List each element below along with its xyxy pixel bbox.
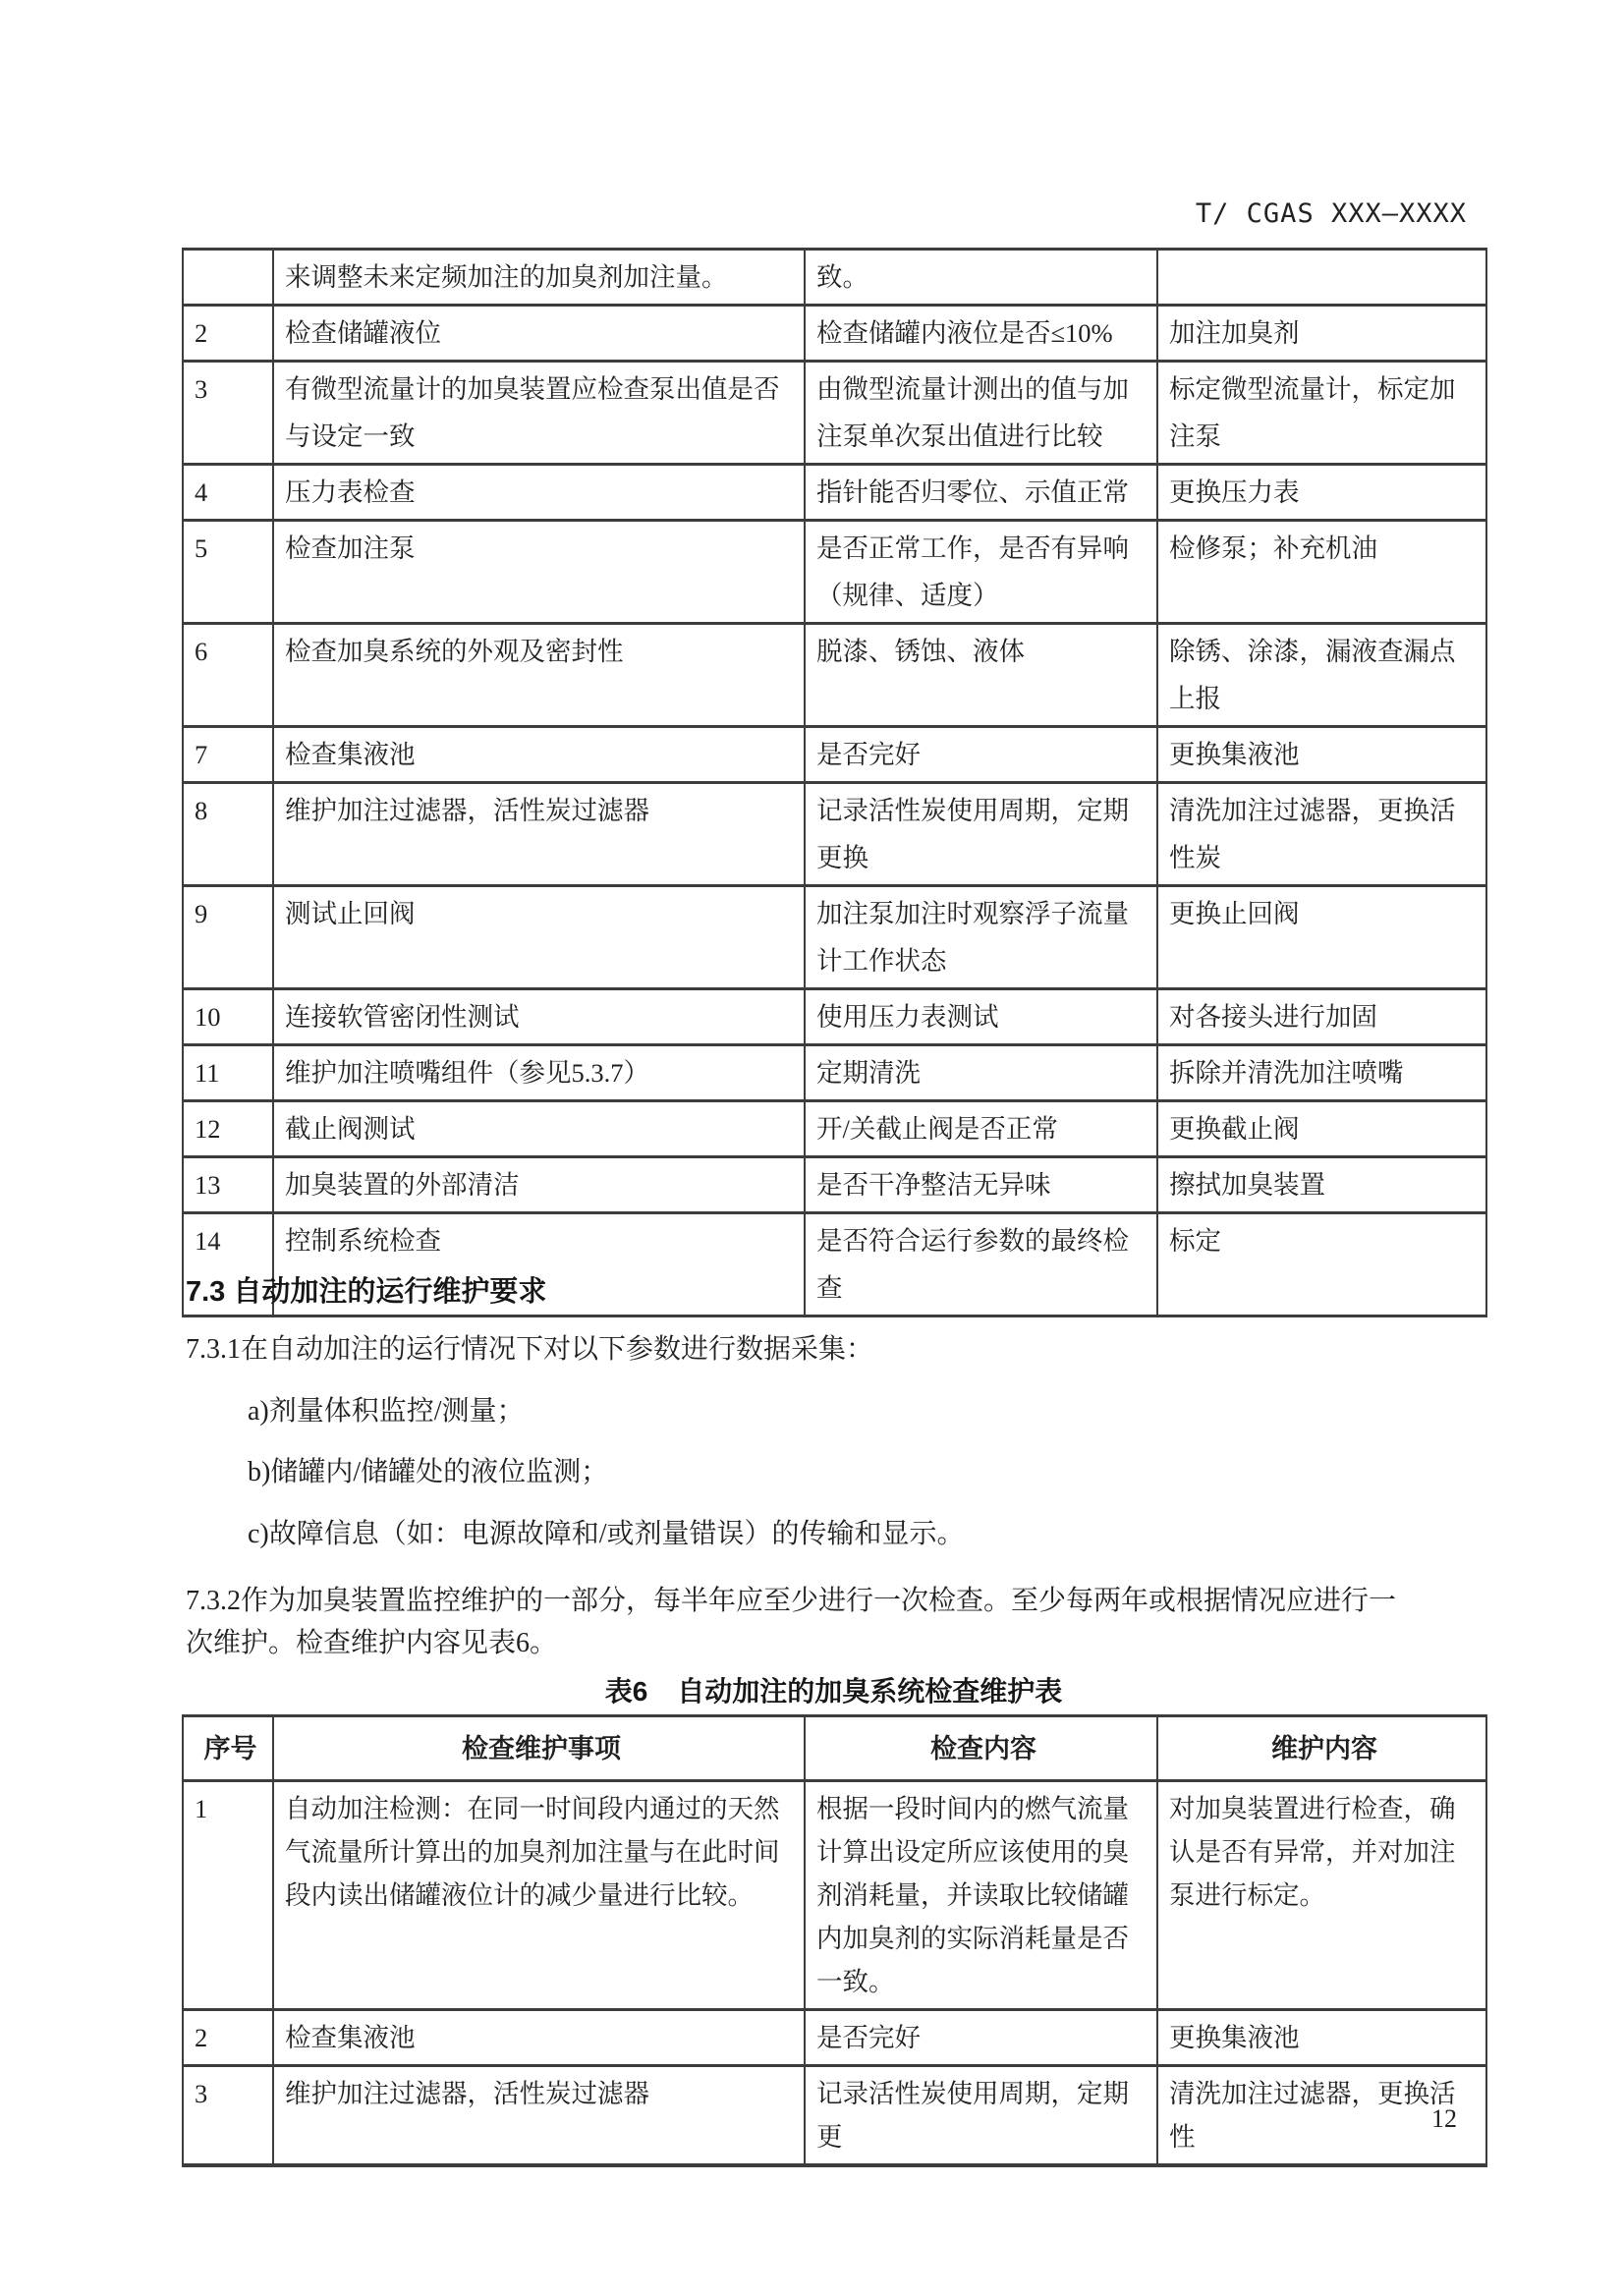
list-item-b: b)储罐内/储罐处的液位监测； bbox=[248, 1454, 608, 1491]
cell-item: 截止阀测试 bbox=[273, 1101, 805, 1157]
cell-item: 检查集液池 bbox=[273, 2010, 805, 2066]
page-number: 12 bbox=[1413, 2104, 1476, 2134]
cell-no: 13 bbox=[183, 1157, 273, 1213]
header-item: 检查维护事项 bbox=[273, 1716, 805, 1781]
cell-no: 10 bbox=[183, 989, 273, 1045]
cell-maintain: 检修泵；补充机油 bbox=[1157, 521, 1486, 624]
cell-maintain bbox=[1157, 250, 1486, 306]
cell-item: 压力表检查 bbox=[273, 465, 805, 521]
cell-check: 是否正常工作，是否有异响（规律、适度） bbox=[805, 521, 1157, 624]
table-row: 10 连接软管密闭性测试 使用压力表测试 对各接头进行加固 bbox=[183, 989, 1486, 1045]
cell-maintain: 对各接头进行加固 bbox=[1157, 989, 1486, 1045]
table-row: 6 检查加臭系统的外观及密封性 脱漆、锈蚀、液体 除锈、涂漆，漏液查漏点上报 bbox=[183, 624, 1486, 727]
table-row: 8 维护加注过滤器，活性炭过滤器 记录活性炭使用周期，定期更换 清洗加注过滤器，… bbox=[183, 783, 1486, 886]
section-heading: 7.3 自动加注的运行维护要求 bbox=[186, 1269, 546, 1310]
header-maintain: 维护内容 bbox=[1157, 1716, 1486, 1781]
cell-no: 5 bbox=[183, 521, 273, 624]
cell-check: 加注泵加注时观察浮子流量计工作状态 bbox=[805, 886, 1157, 989]
header-no: 序号 bbox=[183, 1716, 273, 1781]
cell-item: 维护加注过滤器，活性炭过滤器 bbox=[273, 2066, 805, 2166]
cell-maintain: 加注加臭剂 bbox=[1157, 306, 1486, 362]
cell-maintain: 擦拭加臭装置 bbox=[1157, 1157, 1486, 1213]
table-row: 13 加臭装置的外部清洁 是否干净整洁无异味 擦拭加臭装置 bbox=[183, 1157, 1486, 1213]
maintenance-table: 来调整未来定频加注的加臭剂加注量。 致。 2 检查储罐液位 检查储罐内液位是否≤… bbox=[182, 248, 1487, 1317]
cell-item: 检查集液池 bbox=[273, 727, 805, 783]
table-row: 4 压力表检查 指针能否归零位、示值正常 更换压力表 bbox=[183, 465, 1486, 521]
cell-maintain: 更换集液池 bbox=[1157, 727, 1486, 783]
cell-item: 维护加注喷嘴组件（参见5.3.7） bbox=[273, 1045, 805, 1101]
table6-caption: 表6自动加注的加臭系统检查维护表 bbox=[182, 1670, 1485, 1709]
cell-item: 有微型流量计的加臭装置应检查泵出值是否与设定一致 bbox=[273, 362, 805, 465]
table-row: 3 维护加注过滤器，活性炭过滤器 记录活性炭使用周期，定期更 清洗加注过滤器，更… bbox=[183, 2066, 1486, 2166]
cell-no: 11 bbox=[183, 1045, 273, 1101]
cell-check: 是否完好 bbox=[805, 727, 1157, 783]
cell-check: 是否完好 bbox=[805, 2010, 1157, 2066]
table-row: 3 有微型流量计的加臭装置应检查泵出值是否与设定一致 由微型流量计测出的值与加注… bbox=[183, 362, 1486, 465]
cell-no: 1 bbox=[183, 1781, 273, 2010]
table-row: 11 维护加注喷嘴组件（参见5.3.7） 定期清洗 拆除并清洗加注喷嘴 bbox=[183, 1045, 1486, 1101]
cell-check: 是否干净整洁无异味 bbox=[805, 1157, 1157, 1213]
cell-maintain: 对加臭装置进行检查，确认是否有异常，并对加注泵进行标定。 bbox=[1157, 1781, 1486, 2010]
cell-no: 7 bbox=[183, 727, 273, 783]
cell-item: 测试止回阀 bbox=[273, 886, 805, 989]
cell-check: 由微型流量计测出的值与加注泵单次泵出值进行比较 bbox=[805, 362, 1157, 465]
cell-item: 检查加臭系统的外观及密封性 bbox=[273, 624, 805, 727]
cell-check: 是否符合运行参数的最终检查 bbox=[805, 1213, 1157, 1316]
cell-check: 指针能否归零位、示值正常 bbox=[805, 465, 1157, 521]
cell-maintain: 标定微型流量计，标定加注泵 bbox=[1157, 362, 1486, 465]
doc-code: T/ CGAS XXX—XXXX bbox=[1196, 198, 1467, 229]
cell-item: 来调整未来定频加注的加臭剂加注量。 bbox=[273, 250, 805, 306]
cell-maintain: 更换压力表 bbox=[1157, 465, 1486, 521]
cell-item: 加臭装置的外部清洁 bbox=[273, 1157, 805, 1213]
table-header-row: 序号 检查维护事项 检查内容 维护内容 bbox=[183, 1716, 1486, 1781]
cell-check: 根据一段时间内的燃气流量计算出设定所应该使用的臭剂消耗量，并读取比较储罐内加臭剂… bbox=[805, 1781, 1157, 2010]
cell-maintain: 除锈、涂漆，漏液查漏点上报 bbox=[1157, 624, 1486, 727]
cell-no: 3 bbox=[183, 2066, 273, 2166]
document-page: T/ CGAS XXX—XXXX 来调整未来定频加注的加臭剂加注量。 致。 2 … bbox=[0, 0, 1624, 2296]
clause-732-line2: 次维护。检查维护内容见表6。 bbox=[186, 1622, 1488, 1664]
cell-no: 3 bbox=[183, 362, 273, 465]
cell-check: 记录活性炭使用周期，定期更换 bbox=[805, 783, 1157, 886]
cell-check: 检查储罐内液位是否≤10% bbox=[805, 306, 1157, 362]
table-row: 2 检查集液池 是否完好 更换集液池 bbox=[183, 2010, 1486, 2066]
cell-check: 使用压力表测试 bbox=[805, 989, 1157, 1045]
table-row: 2 检查储罐液位 检查储罐内液位是否≤10% 加注加臭剂 bbox=[183, 306, 1486, 362]
cell-no bbox=[183, 250, 273, 306]
list-item-a: a)剂量体积监控/测量； bbox=[248, 1393, 525, 1430]
cell-item: 检查加注泵 bbox=[273, 521, 805, 624]
cell-no: 2 bbox=[183, 2010, 273, 2066]
cell-no: 12 bbox=[183, 1101, 273, 1157]
cell-check: 定期清洗 bbox=[805, 1045, 1157, 1101]
table6-caption-title: 自动加注的加臭系统检查维护表 bbox=[677, 1676, 1062, 1707]
cell-no: 2 bbox=[183, 306, 273, 362]
cell-item: 连接软管密闭性测试 bbox=[273, 989, 805, 1045]
cell-item: 维护加注过滤器，活性炭过滤器 bbox=[273, 783, 805, 886]
cell-check: 脱漆、锈蚀、液体 bbox=[805, 624, 1157, 727]
clause-732-line1: 7.3.2作为加臭装置监控维护的一部分，每半年应至少进行一次检查。至少每两年或根… bbox=[186, 1580, 1488, 1622]
cell-maintain: 拆除并清洗加注喷嘴 bbox=[1157, 1045, 1486, 1101]
table-row: 12 截止阀测试 开/关截止阀是否正常 更换截止阀 bbox=[183, 1101, 1486, 1157]
header-check: 检查内容 bbox=[805, 1716, 1157, 1781]
table-row: 5 检查加注泵 是否正常工作，是否有异响（规律、适度） 检修泵；补充机油 bbox=[183, 521, 1486, 624]
cell-no: 8 bbox=[183, 783, 273, 886]
cell-item: 自动加注检测：在同一时间段内通过的天然气流量所计算出的加臭剂加注量与在此时间段内… bbox=[273, 1781, 805, 2010]
list-item-c: c)故障信息（如：电源故障和/或剂量错误）的传输和显示。 bbox=[248, 1516, 965, 1553]
cell-maintain: 更换截止阀 bbox=[1157, 1101, 1486, 1157]
table6-caption-label: 表6 bbox=[605, 1676, 648, 1707]
cell-maintain: 清洗加注过滤器，更换活性炭 bbox=[1157, 783, 1486, 886]
table-row: 9 测试止回阀 加注泵加注时观察浮子流量计工作状态 更换止回阀 bbox=[183, 886, 1486, 989]
cell-check: 记录活性炭使用周期，定期更 bbox=[805, 2066, 1157, 2166]
cell-check: 致。 bbox=[805, 250, 1157, 306]
cell-no: 6 bbox=[183, 624, 273, 727]
table-row: 7 检查集液池 是否完好 更换集液池 bbox=[183, 727, 1486, 783]
cell-item: 检查储罐液位 bbox=[273, 306, 805, 362]
clause-731: 7.3.1在自动加注的运行情况下对以下参数进行数据采集： bbox=[186, 1331, 873, 1369]
cell-maintain: 更换止回阀 bbox=[1157, 886, 1486, 989]
cell-check: 开/关截止阀是否正常 bbox=[805, 1101, 1157, 1157]
table-row: 1 自动加注检测：在同一时间段内通过的天然气流量所计算出的加臭剂加注量与在此时间… bbox=[183, 1781, 1486, 2010]
clause-732: 7.3.2作为加臭装置监控维护的一部分，每半年应至少进行一次检查。至少每两年或根… bbox=[186, 1580, 1488, 1664]
cell-maintain: 更换集液池 bbox=[1157, 2010, 1486, 2066]
cell-maintain: 标定 bbox=[1157, 1213, 1486, 1316]
inspection-table: 序号 检查维护事项 检查内容 维护内容 1 自动加注检测：在同一时间段内通过的天… bbox=[182, 1714, 1487, 2167]
table-row: 来调整未来定频加注的加臭剂加注量。 致。 bbox=[183, 250, 1486, 306]
cell-no: 4 bbox=[183, 465, 273, 521]
cell-no: 9 bbox=[183, 886, 273, 989]
